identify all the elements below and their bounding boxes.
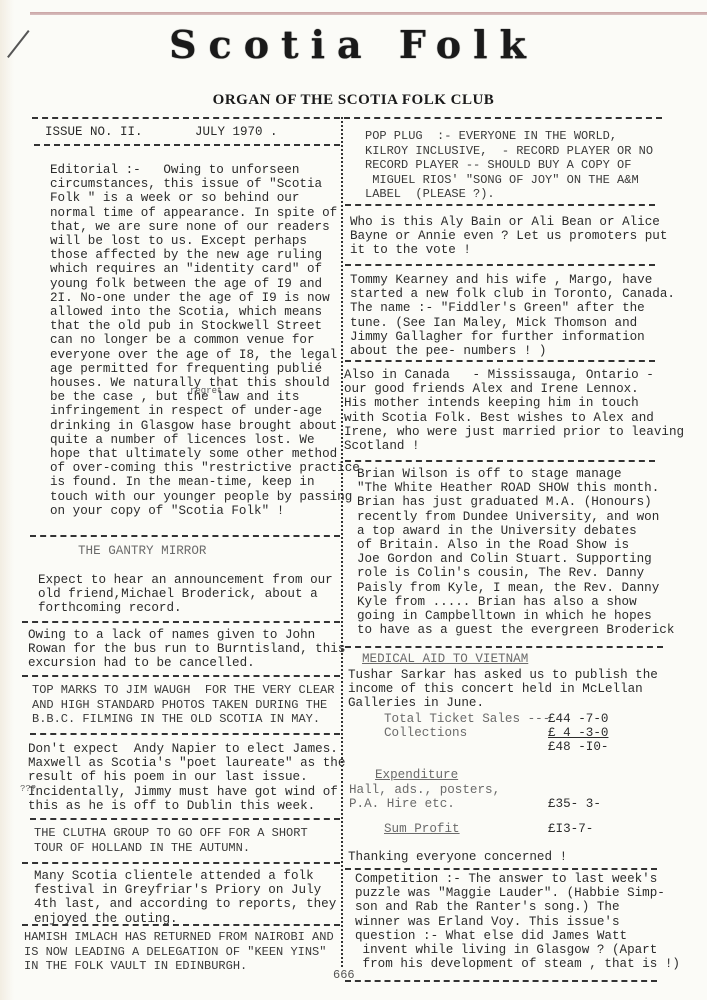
medical-aid-heading: MEDICAL AID TO VIETNAM <box>362 652 528 666</box>
income-label: Total Ticket Sales --- <box>384 712 550 726</box>
clutha-item: THE CLUTHA GROUP TO GO OFF FOR A SHORT T… <box>34 826 308 855</box>
divider <box>345 204 655 206</box>
top-marks: TOP MARKS TO JIM WAUGH FOR THE VERY CLEA… <box>32 683 334 727</box>
divider <box>345 460 655 462</box>
masthead-subtitle: ORGAN OF THE SCOTIA FOLK CLUB <box>0 92 707 109</box>
divider <box>345 980 657 982</box>
divider <box>32 117 662 119</box>
lennox-item: Also in Canada - Mississauga, Ontario - … <box>344 368 684 453</box>
issue-number: ISSUE NO. II. <box>45 125 143 139</box>
divider <box>345 264 655 266</box>
kearney-item: Tommy Kearney and his wife , Margo, have… <box>350 273 675 358</box>
competition-item: Competition :- The answer to last week's… <box>355 872 680 971</box>
income-total: £48 -I0- <box>548 740 608 754</box>
pop-plug: POP PLUG :- EVERYONE IN THE WORLD, KILRO… <box>365 129 653 202</box>
divider <box>22 862 340 864</box>
profit-amount: £I3-7- <box>548 822 593 836</box>
greyfriars-item: Many Scotia clientele attended a folk fe… <box>34 869 336 926</box>
expenditure-label: Hall, ads., posters, P.A. Hire etc. <box>349 783 500 811</box>
divider <box>22 924 340 926</box>
divider <box>30 733 340 735</box>
divider <box>30 535 340 537</box>
thanks-text: Thanking everyone concerned ! <box>348 850 567 864</box>
divider <box>22 621 340 623</box>
gantry-text: Expect to hear an announcement from our … <box>38 573 333 616</box>
aly-bain-item: Who is this Aly Bain or Ali Bean or Alic… <box>350 215 667 258</box>
gantry-heading: THE GANTRY MIRROR <box>78 544 206 558</box>
divider <box>22 675 340 677</box>
editorial: Editorial :- Owing to unforseen circumst… <box>50 163 360 518</box>
paper-top-edge <box>30 12 707 15</box>
expenditure-heading: Expenditure <box>375 768 458 782</box>
divider <box>345 868 657 870</box>
divider <box>30 818 340 820</box>
hamish-item: HAMISH IMLACH HAS RETURNED FROM NAIROBI … <box>24 930 334 974</box>
bus-run: Owing to a lack of names given to John R… <box>28 628 345 671</box>
napier-item: Don't expect Andy Napier to elect James.… <box>28 742 345 813</box>
divider <box>345 646 663 648</box>
wilson-item: Brian Wilson is off to stage manage "The… <box>357 467 674 637</box>
expenditure-amount: £35- 3- <box>548 797 601 811</box>
income-amount: £44 -7-0 <box>548 712 608 726</box>
income-label: Collections <box>384 726 467 740</box>
income-amount: £ 4 -3-0 <box>548 726 608 740</box>
masthead-title: Scotia Folk <box>0 22 707 67</box>
issue-date: JULY 1970 . <box>195 125 278 139</box>
profit-label: Sum Profit <box>384 822 460 836</box>
paper-edge <box>0 0 14 1000</box>
divider <box>345 360 655 362</box>
divider <box>34 144 340 146</box>
medical-aid-intro: Tushar Sarkar has asked us to publish th… <box>348 668 658 711</box>
editorial-insert: regret <box>190 386 222 396</box>
